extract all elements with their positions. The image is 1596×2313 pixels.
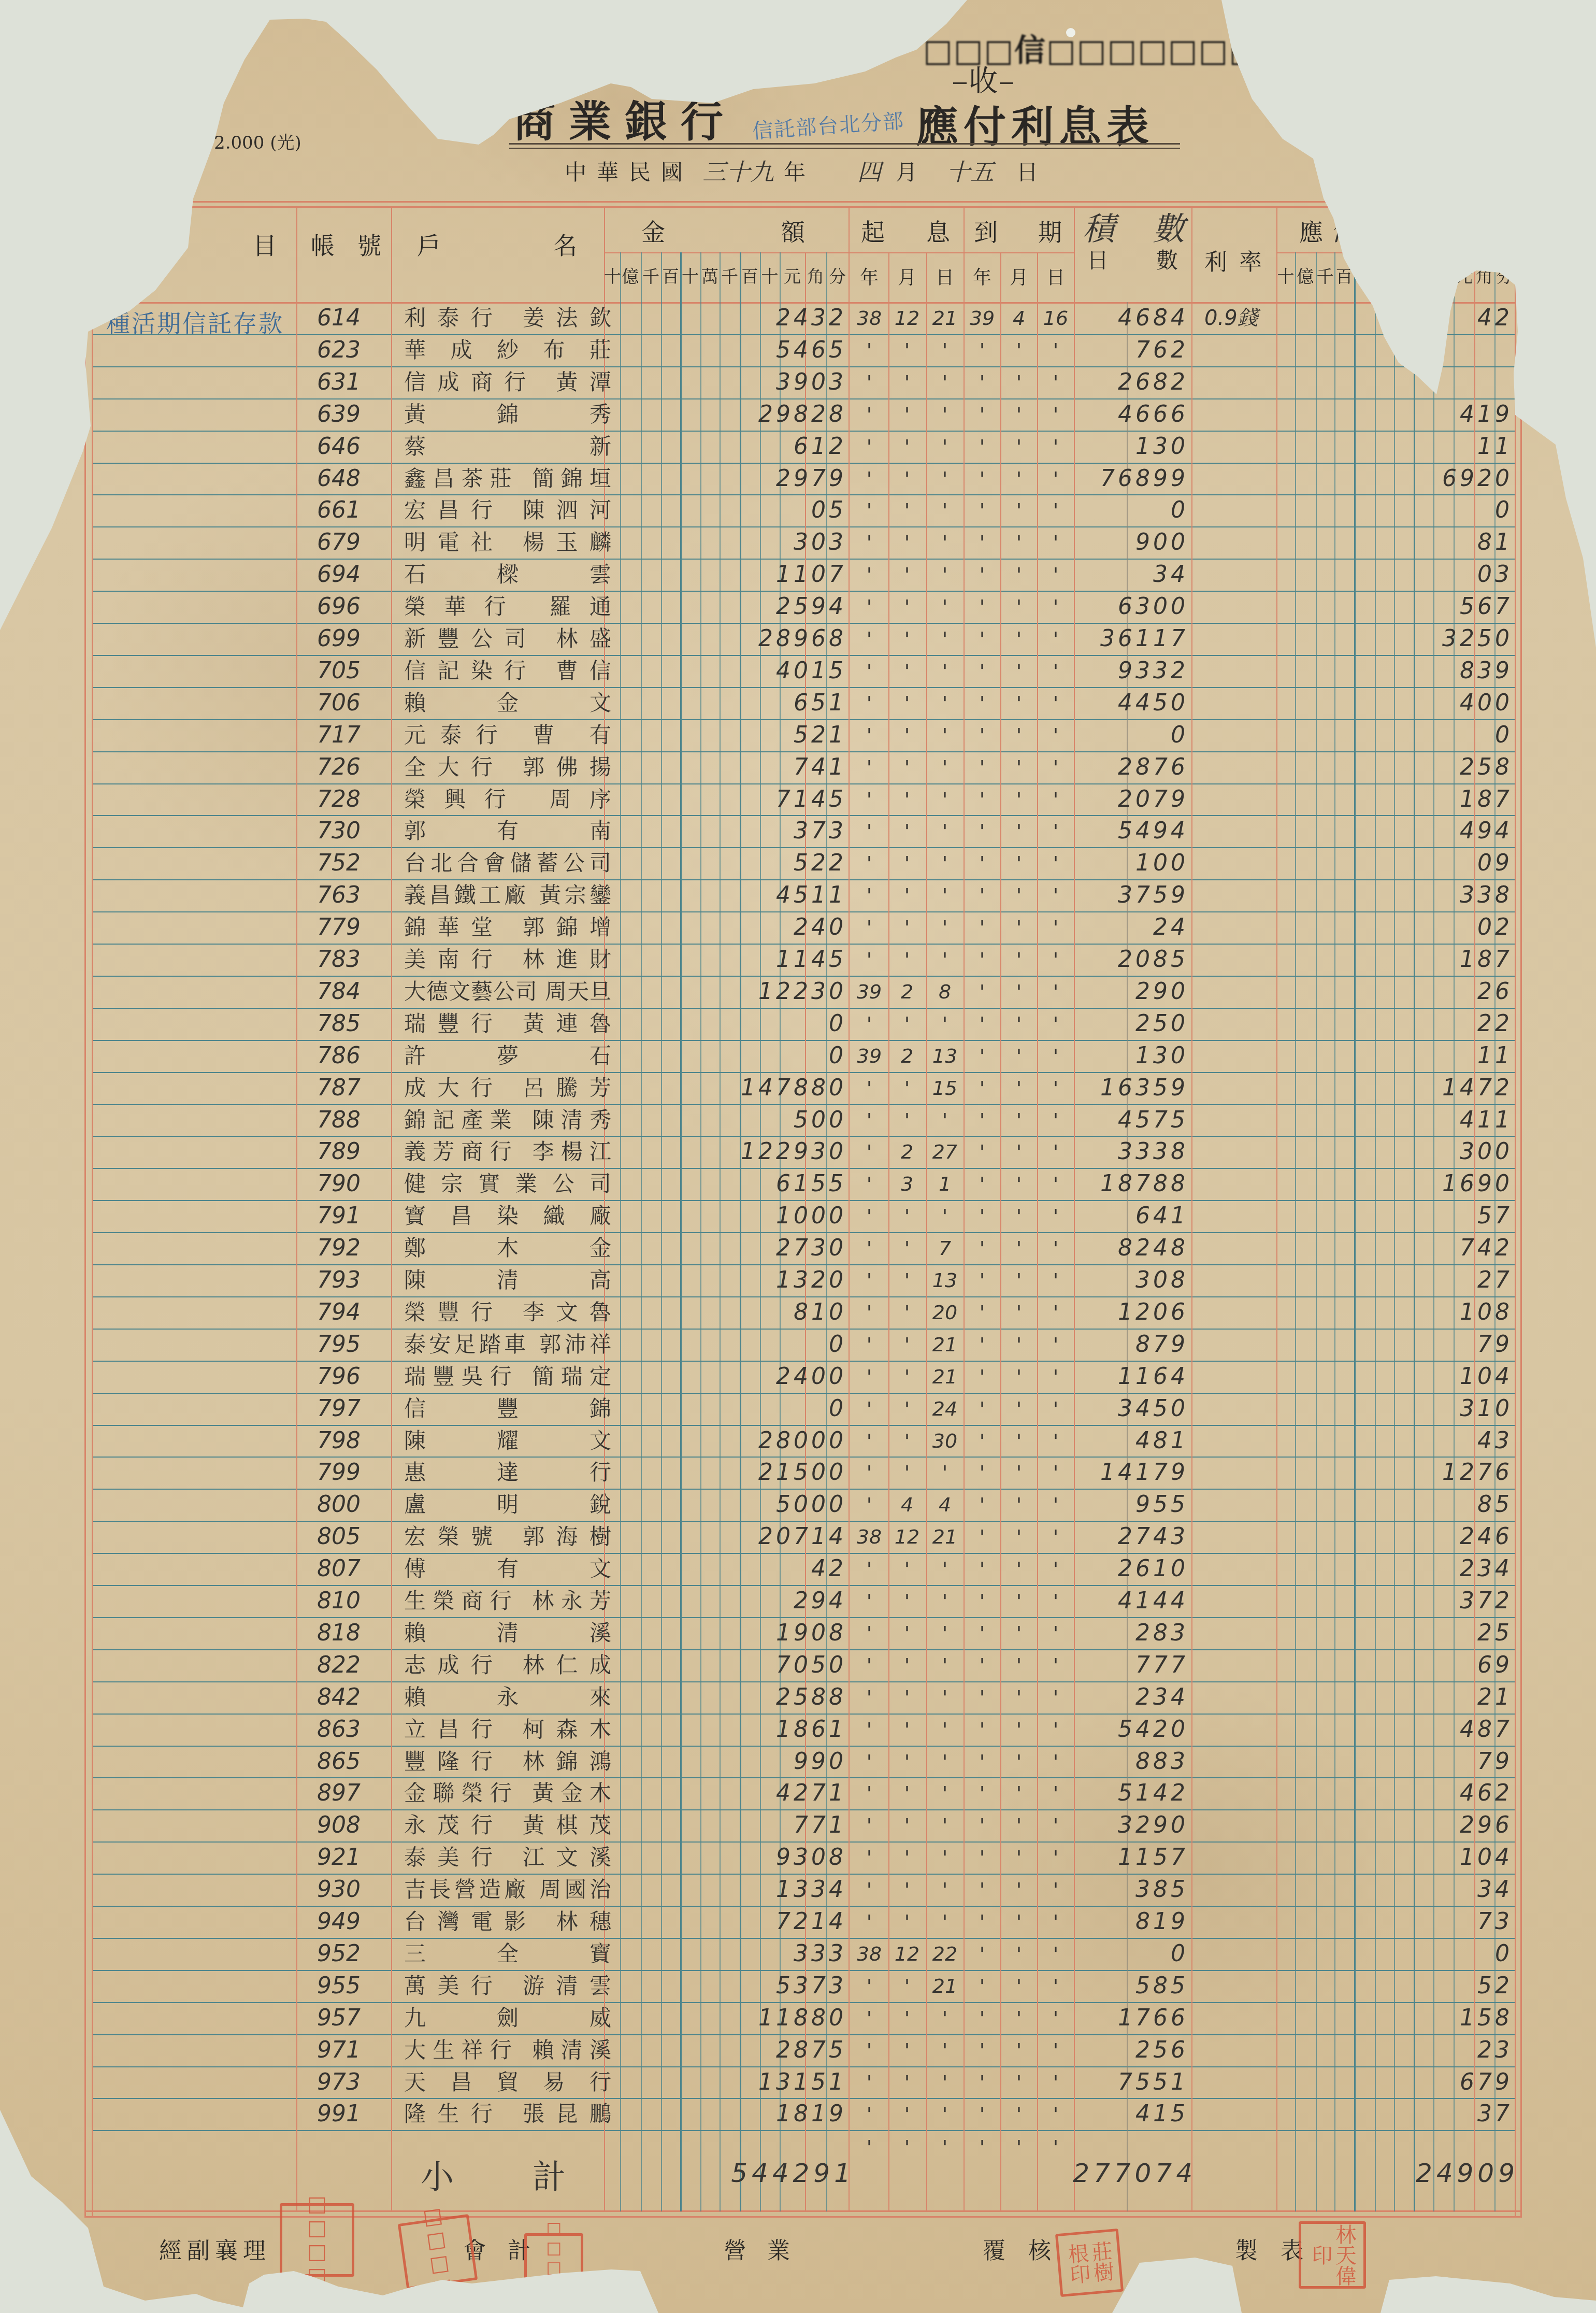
header-start-2: 息 <box>926 213 950 248</box>
unit-label: 十 <box>760 263 780 288</box>
end-month: ' <box>1000 431 1038 463</box>
start-month: ' <box>888 2034 926 2066</box>
interest-rate <box>1204 1681 1277 1714</box>
interest-rate <box>1204 1457 1277 1489</box>
amount: 4015 <box>648 655 846 687</box>
start-year: ' <box>851 1264 888 1296</box>
start-day: ' <box>926 591 964 623</box>
account-name: 豐隆行 林錦鴻 <box>404 1746 611 1778</box>
interest-rate <box>1204 719 1277 751</box>
end-month: ' <box>1000 2098 1038 2130</box>
interest-rate <box>1204 2002 1277 2034</box>
start-year: ' <box>851 366 888 398</box>
end-year: ' <box>964 1104 1001 1136</box>
table-row: 797信 豐 錦0''24'''3450310 <box>0 1393 1596 1425</box>
unit-label: 十 <box>1433 263 1454 288</box>
end-month: ' <box>1000 1489 1038 1521</box>
table-row: 705信記染行 曹信4015''''''9332839 <box>0 655 1596 687</box>
end-month: ' <box>1000 847 1038 879</box>
end-month: ' <box>1000 1457 1038 1489</box>
interest-product: 0 <box>1062 719 1188 751</box>
account-name: 惠 達 行 <box>404 1457 611 1489</box>
interest-payable: 09 <box>1388 847 1513 879</box>
start-year: ' <box>851 591 888 623</box>
end-month: ' <box>1000 398 1038 431</box>
interest-product: 250 <box>1062 1008 1188 1040</box>
end-year: ' <box>964 1746 1001 1778</box>
end-year: ' <box>964 1938 1001 1970</box>
start-day: ' <box>926 2002 964 2034</box>
start-day: ' <box>926 1809 964 1841</box>
table-row: 728榮興行 周序7145''''''2079187 <box>0 783 1596 816</box>
start-year: ' <box>851 1874 888 1906</box>
paper-hole <box>1066 28 1075 37</box>
start-year: 38 <box>851 302 888 334</box>
end-year: ' <box>964 1777 1001 1809</box>
interest-payable: 494 <box>1388 815 1513 847</box>
interest-rate <box>1204 366 1277 398</box>
interest-rate <box>1204 623 1277 655</box>
account-number: 807 <box>317 1553 384 1585</box>
table-row: 908永茂行 黃棋茂771''''''3290296 <box>0 1809 1596 1841</box>
table-row: 865豐隆行 林錦鴻990''''''88379 <box>0 1746 1596 1778</box>
table-row: 799惠 達 行21500''''''141791276 <box>0 1457 1596 1489</box>
start-year: ' <box>851 911 888 944</box>
end-year: ' <box>964 1617 1001 1649</box>
end-month: ' <box>1000 751 1038 783</box>
account-number: 648 <box>317 463 384 495</box>
end-month: ' <box>1000 1874 1038 1906</box>
end-year: ' <box>964 431 1001 463</box>
interest-product: 308 <box>1062 1264 1188 1296</box>
end-year: ' <box>964 559 1001 591</box>
start-year: ' <box>851 2098 888 2130</box>
account-number: 639 <box>317 398 384 431</box>
interest-payable: 567 <box>1388 591 1513 623</box>
dash-left <box>953 82 967 84</box>
table-row: 646蔡 新612''''''13011 <box>0 431 1596 463</box>
amount: 2979 <box>648 463 846 495</box>
end-month: ' <box>1000 1746 1038 1778</box>
account-number: 957 <box>317 2002 384 2034</box>
account-name: 美南行 林進財 <box>404 944 611 976</box>
seal-review: 莊樹根印 <box>1055 2229 1124 2297</box>
amount: 29828 <box>648 398 846 431</box>
interest-rate <box>1204 2066 1277 2098</box>
interest-payable: 1472 <box>1388 1072 1513 1104</box>
header-subject: 目 <box>253 227 277 261</box>
account-name: 傅 有 文 <box>404 1553 611 1585</box>
end-year: ' <box>964 751 1001 783</box>
interest-product: 879 <box>1062 1329 1188 1361</box>
interest-product: 3290 <box>1062 1809 1188 1841</box>
interest-rate <box>1204 1777 1277 1809</box>
interest-payable: 372 <box>1388 1585 1513 1617</box>
interest-rate <box>1204 1521 1277 1553</box>
start-year: ' <box>851 1553 888 1585</box>
subtotal-interest: 24909 <box>1383 2158 1519 2188</box>
account-number: 785 <box>317 1008 384 1040</box>
amount: 4511 <box>648 879 846 911</box>
start-month: ' <box>888 1874 926 1906</box>
interest-rate <box>1204 1553 1277 1585</box>
end-month: ' <box>1000 655 1038 687</box>
start-year: 38 <box>851 1938 888 1970</box>
end-year: ' <box>964 1585 1001 1617</box>
start-year: ' <box>851 815 888 847</box>
account-number: 779 <box>317 911 384 944</box>
unit-label: 萬 <box>700 263 720 288</box>
payable-units: 十 億 千 百 十 萬 千 百 十 元 角 分 <box>1276 263 1515 288</box>
end-month: ' <box>1000 1200 1038 1232</box>
unit-label: 十 <box>604 263 620 288</box>
start-month: ' <box>888 398 926 431</box>
page-title: 應付利息表 <box>916 93 1154 154</box>
start-month: ' <box>888 1425 926 1457</box>
interest-payable: 3250 <box>1388 623 1513 655</box>
interest-product: 16359 <box>1062 1072 1188 1104</box>
seal-prepared: 林天偉印 <box>1299 2221 1366 2289</box>
end-month: ' <box>1000 623 1038 655</box>
start-day: ' <box>926 398 964 431</box>
unit-label: 分 <box>826 263 849 288</box>
account-name: 全大行 郭佛揚 <box>404 751 611 783</box>
interest-rate <box>1204 1296 1277 1329</box>
interest-rate <box>1204 2098 1277 2130</box>
interest-payable: 57 <box>1388 1200 1513 1232</box>
interest-rate <box>1204 1136 1277 1168</box>
start-year: ' <box>851 879 888 911</box>
end-year: ' <box>964 1809 1001 1841</box>
interest-rate <box>1204 1361 1277 1393</box>
start-month: 2 <box>888 1136 926 1168</box>
table-row: 863立昌行 柯森木1861''''''5420487 <box>0 1714 1596 1746</box>
account-number: 706 <box>317 687 384 719</box>
table-row: 699新豐公司 林盛28968''''''361173250 <box>0 623 1596 655</box>
account-name: 生榮商行 林永芳 <box>404 1585 611 1617</box>
interest-payable: 21 <box>1388 1681 1513 1714</box>
interest-rate <box>1204 1104 1277 1136</box>
account-name: 錦記產業 陳清秀 <box>404 1104 611 1136</box>
start-month: ' <box>888 463 926 495</box>
end-month: ' <box>1000 334 1038 366</box>
account-name: 天昌貿易行 <box>404 2066 611 2098</box>
interest-product: 4144 <box>1062 1585 1188 1617</box>
unit-label: 十 <box>1354 263 1375 288</box>
account-number: 805 <box>317 1521 384 1553</box>
header-start-day: 日 <box>926 263 964 290</box>
start-year: ' <box>851 526 888 559</box>
end-year: ' <box>964 1649 1001 1681</box>
account-number: 788 <box>317 1104 384 1136</box>
account-number: 952 <box>317 1938 384 1970</box>
start-day: ' <box>926 687 964 719</box>
amount: 42 <box>648 1553 846 1585</box>
start-day: ' <box>926 1714 964 1746</box>
amount: 5373 <box>648 1970 846 2002</box>
header-payable-2: 付 <box>1330 205 1360 249</box>
end-year: ' <box>964 1296 1001 1329</box>
end-year: ' <box>964 526 1001 559</box>
amount: 741 <box>648 751 846 783</box>
amount: 1320 <box>648 1264 846 1296</box>
ditto-mark: ' <box>964 2131 1001 2163</box>
account-number: 810 <box>317 1585 384 1617</box>
interest-product: 385 <box>1062 1874 1188 1906</box>
account-number: 991 <box>317 2098 384 2130</box>
start-day: ' <box>926 334 964 366</box>
end-month: ' <box>1000 783 1038 816</box>
account-number: 787 <box>317 1072 384 1104</box>
interest-product: 2876 <box>1062 751 1188 783</box>
amount: 0 <box>648 1008 846 1040</box>
account-number: 730 <box>317 815 384 847</box>
amount: 1000 <box>648 1200 846 1232</box>
interest-product: 130 <box>1062 1040 1188 1072</box>
table-row: 614利泰行 姜法欽24323812213941646840.9錢42 <box>0 302 1596 334</box>
interest-rate <box>1204 526 1277 559</box>
table-row: 726全大行 郭佛揚741''''''2876258 <box>0 751 1596 783</box>
unit-label: 萬 <box>1375 263 1394 288</box>
start-year: ' <box>851 1617 888 1649</box>
end-month: ' <box>1000 1296 1038 1329</box>
header-account-no-2: 號 <box>357 227 381 261</box>
start-day: 21 <box>926 1329 964 1361</box>
start-day: 21 <box>926 1970 964 2002</box>
amount: 612 <box>648 431 846 463</box>
interest-product: 8248 <box>1062 1232 1188 1264</box>
interest-rate <box>1204 1874 1277 1906</box>
account-number: 728 <box>317 783 384 816</box>
end-year: ' <box>964 655 1001 687</box>
interest-rate <box>1204 1809 1277 1841</box>
header-end-month: 月 <box>1000 263 1038 290</box>
account-number: 800 <box>317 1489 384 1521</box>
unit-label: 億 <box>620 263 641 288</box>
account-name: 台灣電影 林穗 <box>404 1906 611 1938</box>
start-year: ' <box>851 1425 888 1457</box>
amount: 4271 <box>648 1777 846 1809</box>
start-month: ' <box>888 1072 926 1104</box>
end-year: ' <box>964 623 1001 655</box>
document-paper: 2.000 (光) 商業銀行 信託部台北分部 □□□信□□□□□□□□□及 收 … <box>0 0 1596 2313</box>
interest-payable: 79 <box>1388 1329 1513 1361</box>
interest-rate <box>1204 1649 1277 1681</box>
end-month: ' <box>1000 1777 1038 1809</box>
amount: 147880 <box>648 1072 846 1104</box>
table-row: 788錦記產業 陳清秀500''''''4575411 <box>0 1104 1596 1136</box>
account-number: 631 <box>317 366 384 398</box>
interest-product: 4666 <box>1062 398 1188 431</box>
seal-accounting-2: □□□□ <box>524 2233 583 2282</box>
account-name: 蔡 新 <box>404 431 611 463</box>
table-row: 783美南行 林進財1145''''''2085187 <box>0 944 1596 976</box>
interest-product: 2079 <box>1062 783 1188 816</box>
end-month: ' <box>1000 526 1038 559</box>
end-year: ' <box>964 2066 1001 2098</box>
start-month: ' <box>888 815 926 847</box>
interest-payable: 52 <box>1388 1970 1513 2002</box>
amount: 1145 <box>648 944 846 976</box>
start-month: ' <box>888 1393 926 1425</box>
interest-rate: 0.9錢 <box>1204 302 1277 334</box>
start-month: ' <box>888 2066 926 2098</box>
interest-payable: 1276 <box>1388 1457 1513 1489</box>
end-month: ' <box>1000 1553 1038 1585</box>
subtotal-amount: 544291 <box>648 2158 855 2188</box>
end-month: ' <box>1000 879 1038 911</box>
start-year: ' <box>851 1809 888 1841</box>
table-row: 623華成紗布莊5465''''''762 <box>0 334 1596 366</box>
start-year: ' <box>851 1361 888 1393</box>
start-month: 2 <box>888 976 926 1008</box>
start-month: ' <box>888 879 926 911</box>
end-year: ' <box>964 366 1001 398</box>
start-day: ' <box>926 1200 964 1232</box>
start-day: 8 <box>926 976 964 1008</box>
interest-payable: 23 <box>1388 2034 1513 2066</box>
end-year: ' <box>964 1361 1001 1393</box>
start-day: 27 <box>926 1136 964 1168</box>
signature-business-label: 營業 <box>724 2232 811 2265</box>
account-name: 永茂行 黃棋茂 <box>404 1809 611 1841</box>
interest-payable: 42 <box>1388 302 1513 334</box>
start-month: ' <box>888 1681 926 1714</box>
end-month: ' <box>1000 1681 1038 1714</box>
unit-label: 十 <box>680 263 700 288</box>
amount: 2400 <box>648 1361 846 1393</box>
end-month: ' <box>1000 1104 1038 1136</box>
seal-manager: □□□□ <box>280 2203 354 2277</box>
amount-units: 十 億 千 百 十 萬 千 百 十 元 角 分 <box>604 263 849 288</box>
interest-rate <box>1204 1232 1277 1264</box>
table-row: 779錦華堂 郭錦增240''''''2402 <box>0 911 1596 944</box>
start-year: ' <box>851 655 888 687</box>
start-day: ' <box>926 1874 964 1906</box>
end-year: ' <box>964 2002 1001 2034</box>
amount: 500 <box>648 1104 846 1136</box>
end-year: ' <box>964 976 1001 1008</box>
start-day: ' <box>926 1553 964 1585</box>
unit-label: 十 <box>1276 263 1295 288</box>
account-name: 賴 金 文 <box>404 687 611 719</box>
start-month: ' <box>888 944 926 976</box>
end-month: ' <box>1000 1841 1038 1874</box>
account-name: 義昌鐵工廠 黃宗鑾 <box>404 879 611 911</box>
amount: 5000 <box>648 1489 846 1521</box>
end-month: ' <box>1000 1425 1038 1457</box>
interest-rate <box>1204 1264 1277 1296</box>
unit-label: 百 <box>661 263 680 288</box>
amount: 373 <box>648 815 846 847</box>
start-year: ' <box>851 1296 888 1329</box>
header-top-rule <box>84 201 1522 203</box>
start-month: ' <box>888 1200 926 1232</box>
interest-product: 1206 <box>1062 1296 1188 1329</box>
start-year: ' <box>851 944 888 976</box>
start-month: 3 <box>888 1168 926 1200</box>
table-row: 786許 夢 石039213'''13011 <box>0 1040 1596 1072</box>
start-day: 13 <box>926 1264 964 1296</box>
table-row: 805宏榮號 郭海樹20714381221'''2743246 <box>0 1521 1596 1553</box>
start-year: ' <box>851 783 888 816</box>
date-year: 三十九 <box>702 153 774 188</box>
amount: 6155 <box>648 1168 846 1200</box>
start-day: ' <box>926 559 964 591</box>
end-year: ' <box>964 463 1001 495</box>
end-month: ' <box>1000 911 1038 944</box>
start-year: ' <box>851 2066 888 2098</box>
end-month: ' <box>1000 1585 1038 1617</box>
interest-payable: 411 <box>1388 1104 1513 1136</box>
start-day: ' <box>926 1617 964 1649</box>
start-year: ' <box>851 1649 888 1681</box>
end-year: ' <box>964 1168 1001 1200</box>
interest-rate <box>1204 1714 1277 1746</box>
table-row: 955萬美行 游清雲5373''21'''58552 <box>0 1970 1596 2002</box>
start-month: ' <box>888 1906 926 1938</box>
interest-rate <box>1204 1200 1277 1232</box>
account-number: 792 <box>317 1232 384 1264</box>
end-month: ' <box>1000 719 1038 751</box>
interest-product: 0 <box>1062 1938 1188 1970</box>
interest-payable: 104 <box>1388 1841 1513 1874</box>
account-name: 許 夢 石 <box>404 1040 611 1072</box>
start-month: ' <box>888 1457 926 1489</box>
account-name: 大生祥行 賴清溪 <box>404 2034 611 2066</box>
ditto-mark: ' <box>926 2131 964 2163</box>
header-account-no-1: 帳 <box>311 227 335 261</box>
start-month: ' <box>888 623 926 655</box>
interest-rate <box>1204 559 1277 591</box>
table-row: 952三 全 寶333381222'''00 <box>0 1938 1596 1970</box>
interest-payable: 22 <box>1388 1008 1513 1040</box>
start-month: ' <box>888 1104 926 1136</box>
start-day: 15 <box>926 1072 964 1104</box>
interest-payable: 108 <box>1388 1296 1513 1329</box>
interest-payable: 158 <box>1388 2002 1513 2034</box>
start-day: ' <box>926 2098 964 2130</box>
account-number: 797 <box>317 1393 384 1425</box>
interest-rate <box>1204 879 1277 911</box>
amount: 7050 <box>648 1649 846 1681</box>
account-number: 865 <box>317 1746 384 1778</box>
start-day: 21 <box>926 302 964 334</box>
end-year: ' <box>964 1489 1001 1521</box>
header-mid-rule <box>604 252 1074 253</box>
interest-product: 481 <box>1062 1425 1188 1457</box>
header-days-2: 數 <box>1156 244 1178 275</box>
interest-payable: 310 <box>1388 1393 1513 1425</box>
interest-product: 2085 <box>1062 944 1188 976</box>
amount: 2594 <box>648 591 846 623</box>
interest-payable: 296 <box>1388 1809 1513 1841</box>
unit-label: 千 <box>720 263 740 288</box>
start-month: ' <box>888 1970 926 2002</box>
start-day: ' <box>926 463 964 495</box>
table-row: 842賴 永 來2588''''''23421 <box>0 1681 1596 1714</box>
end-month: ' <box>1000 1809 1038 1841</box>
start-month: 12 <box>888 1938 926 1970</box>
start-year: ' <box>851 334 888 366</box>
account-number: 717 <box>317 719 384 751</box>
subtotal-label: 小 計 <box>421 2150 566 2198</box>
account-number: 949 <box>317 1906 384 1938</box>
unit-label: 角 <box>1474 263 1494 288</box>
account-name: 大德文藝公司 周天旦 <box>404 976 611 1008</box>
start-year: ' <box>851 1585 888 1617</box>
header-account-name-1: 戶 <box>417 227 441 261</box>
